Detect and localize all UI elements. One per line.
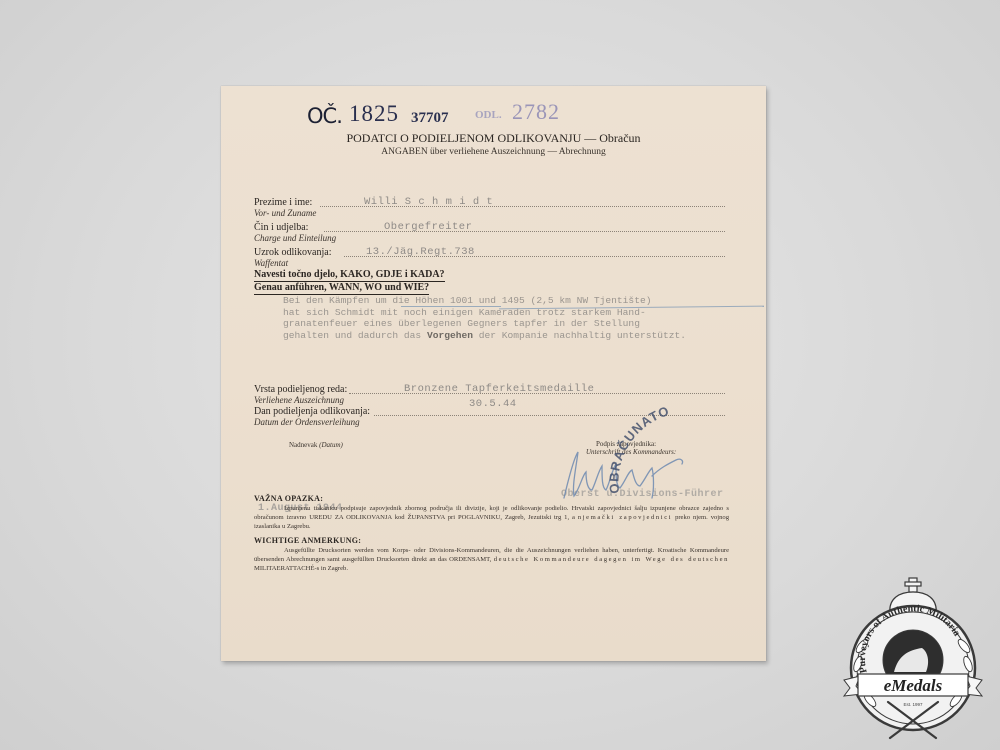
logo-brand: eMedals bbox=[884, 676, 943, 695]
field-label-hr: Uzrok odlikovanja: bbox=[254, 247, 331, 258]
commander-title: Oberst u.Divisions-Führer bbox=[561, 489, 724, 500]
narrative-line: gehalten und dadurch das bbox=[283, 330, 427, 341]
narrative-emphasis: Vorgehen bbox=[427, 330, 473, 341]
signature-label-de: Unterschrift des Kommandeurs: bbox=[586, 448, 666, 456]
pen-underline bbox=[401, 306, 501, 307]
field-value: Willi S c h m i d t bbox=[364, 196, 493, 208]
narrative-line: Bei den Kämpfen um die Höhen 1001 und 14… bbox=[283, 295, 651, 306]
signature-label-hr: Podpis zapovjednika: bbox=[586, 440, 666, 448]
note-body-de: Ausgefüllte Drucksorten werden vom Korps… bbox=[254, 546, 729, 573]
instruction-hr: Navesti točno djelo, KAKO, GDJE i KADA? bbox=[254, 269, 445, 282]
field-label-de: Charge und Einteilung bbox=[254, 233, 336, 243]
date-label-hr: Nadnevak bbox=[289, 441, 317, 449]
field-label-hr: Vrsta podieljenog reda: bbox=[254, 384, 347, 395]
field-label-de: Verliehene Auszeichnung bbox=[254, 395, 344, 405]
field-label-de: Waffentat bbox=[254, 258, 288, 268]
note-text-spaced: deutsche Kommandeure dagegen im Wege des… bbox=[494, 556, 729, 563]
reference-prefix: OČ. bbox=[307, 104, 342, 128]
note-text-spaced: njemački zapovjednici bbox=[578, 514, 672, 521]
odl-label: ODL. bbox=[475, 109, 502, 121]
reference-serial: 37707 bbox=[411, 110, 449, 127]
field-award-date: Dan podieljenja odlikovanja: Datum der O… bbox=[254, 406, 694, 430]
field-value: 30.5.44 bbox=[469, 398, 517, 410]
odl-number: 2782 bbox=[512, 99, 560, 125]
date-label-de: (Datum) bbox=[319, 441, 343, 449]
field-value: Obergefreiter bbox=[384, 221, 472, 233]
note-heading-de: WICHTIGE ANMERKUNG: bbox=[254, 536, 361, 545]
signature-label: Podpis zapovjednika: Unterschrift des Ko… bbox=[586, 440, 666, 456]
field-rank: Čin i udjelba: Charge und Einteilung Obe… bbox=[254, 222, 694, 246]
field-value: Bronzene Tapferkeitsmedaille bbox=[404, 383, 594, 395]
field-value: 13./Jäg.Regt.738 bbox=[366, 246, 475, 258]
narrative-line: granatenfeuer eines überlegenen Gegners … bbox=[283, 318, 640, 329]
field-label-hr: Dan podieljenja odlikovanja: bbox=[254, 406, 370, 417]
note-heading-hr: VAŽNA OPAZKA: bbox=[254, 494, 323, 503]
narrative-line: der Kompanie nachhaltig unterstützt. bbox=[473, 330, 686, 341]
instruction-de: Genau anführen, WANN, WO und WIE? bbox=[254, 282, 429, 295]
field-unit: Uzrok odlikovanja: Waffentat 13./Jäg.Reg… bbox=[254, 247, 694, 271]
award-document: OČ. 1825 37707 ODL. 2782 PODATCI O PODIE… bbox=[221, 86, 766, 661]
field-label-hr: Čin i udjelba: bbox=[254, 222, 308, 233]
field-name: Prezime i ime: Vor- und Zuname Willi S c… bbox=[254, 197, 694, 221]
document-title-de: ANGABEN über verliehene Auszeichnung — A… bbox=[221, 147, 766, 157]
document-title-hr: PODATCI O PODIELJENOM ODLIKOVANJU — Obra… bbox=[221, 131, 766, 146]
narrative-text: Bei den Kämpfen um die Höhen 1001 und 14… bbox=[283, 295, 768, 341]
field-label-de: Datum der Ordensverleihung bbox=[254, 417, 360, 427]
logo-established: Est. 1997 bbox=[903, 702, 923, 707]
date-label: Nadnevak (Datum) bbox=[289, 441, 343, 449]
emedals-logo: Purveyors of Authentic Militaria eMedals… bbox=[838, 576, 988, 742]
reference-number: 1825 bbox=[349, 101, 399, 127]
dotted-line bbox=[374, 415, 725, 416]
field-label-de: Vor- und Zuname bbox=[254, 208, 316, 218]
field-label-hr: Prezime i ime: bbox=[254, 197, 312, 208]
note-text: MILITAERATTACHÉ-s in Zagreb. bbox=[254, 565, 348, 572]
note-body-hr: Izpunjenu tiskanicu podpisuje zapovjedni… bbox=[254, 504, 729, 531]
